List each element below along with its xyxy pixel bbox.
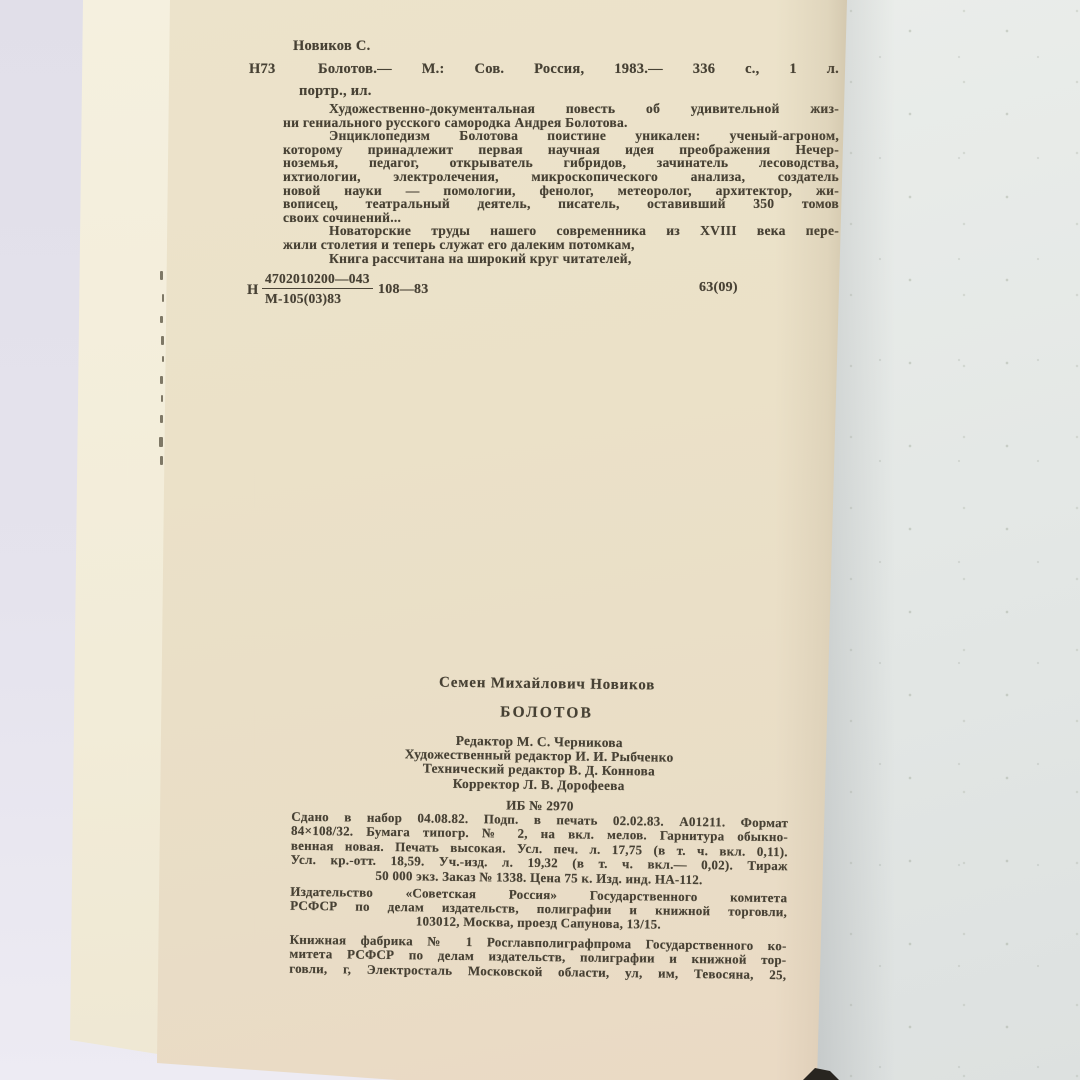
ink-fragment [160,271,163,280]
printing-factory-info: Книжная фабрика № 1 Росглавполиграфпрома… [289,933,787,982]
print-imprint: Сдано в набор 04.08.82. Подп. в печать 0… [290,810,788,889]
ink-fragment [162,294,164,302]
ink-fragment [160,456,163,465]
ink-fragment [161,336,164,345]
ink-fragment [160,415,163,423]
ink-fragment [160,376,163,384]
ink-fragment [162,356,164,362]
editorial-staff: Редактор М. С. Черникова Художественный … [259,731,820,795]
author-full-name: Семен Михайлович Новиков [267,672,827,696]
book-title: БОЛОТОВ [267,700,827,725]
book-spread-photo: { "header": { "author_line": "Новиков С.… [0,0,1080,1080]
publisher-info: Издательство «Советская Россия» Государс… [290,885,788,934]
ink-fragment [159,437,163,447]
ink-fragment [161,395,163,402]
ink-fragment [160,316,163,323]
